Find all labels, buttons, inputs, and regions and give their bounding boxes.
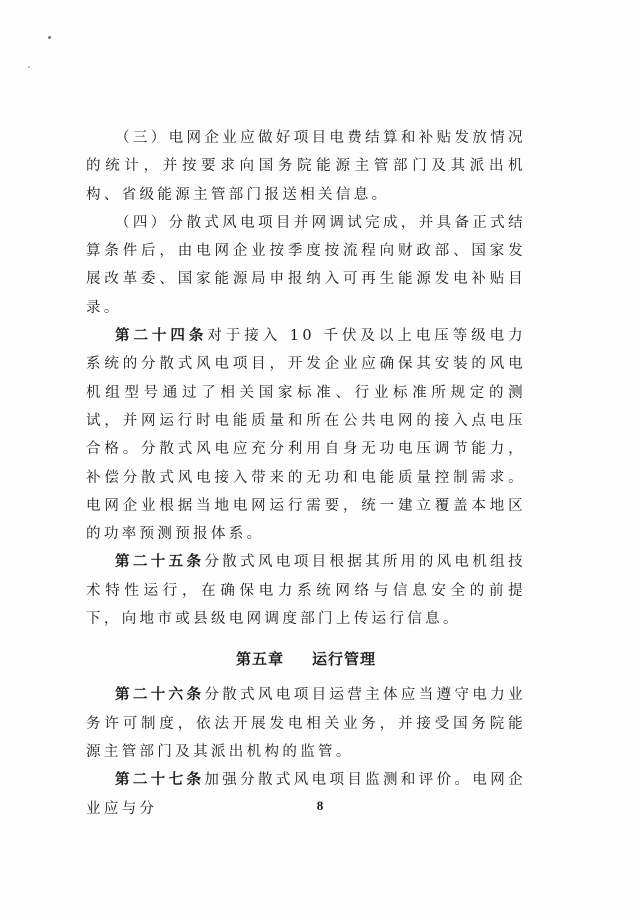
paragraph-text: （三）电网企业应做好项目电费结算和补贴发放情况的统计，并按要求向国务院能源主管部… xyxy=(86,130,526,203)
scan-speck xyxy=(28,66,30,68)
article-label: 第二十六条 xyxy=(115,686,204,703)
article-26: 第二十六条分散式风电项目运营主体应当遵守电力业务许可制度，依法开展发电相关业务，… xyxy=(86,681,526,766)
article-27: 第二十七条加强分散式风电项目监测和评价。电网企业应与分 xyxy=(86,766,526,823)
paragraph-text: （四）分散式风电项目并网调试完成，并具备正式结算条件后，由电网企业按季度按流程向… xyxy=(86,215,526,316)
chapter-heading: 第五章运行管理 xyxy=(86,645,526,673)
document-page: （三）电网企业应做好项目电费结算和补贴发放情况的统计，并按要求向国务院能源主管部… xyxy=(86,124,526,823)
article-24: 第二十四条对于接入 10 千伏及以上电压等级电力系统的分散式风电项目，开发企业应… xyxy=(86,322,526,548)
article-label: 第二十七条 xyxy=(115,771,204,788)
chapter-number: 第五章 xyxy=(236,650,284,668)
paragraph-item-3: （三）电网企业应做好项目电费结算和补贴发放情况的统计，并按要求向国务院能源主管部… xyxy=(86,124,526,209)
article-text: 对于接入 10 千伏及以上电压等级电力系统的分散式风电项目，开发企业应确保其安装… xyxy=(86,328,526,542)
chapter-title: 运行管理 xyxy=(312,650,376,668)
article-25: 第二十五条分散式风电项目根据其所用的风电机组技术特性运行，在确保电力系统网络与信… xyxy=(86,548,526,633)
paragraph-item-4: （四）分散式风电项目并网调试完成，并具备正式结算条件后，由电网企业按季度按流程向… xyxy=(86,209,526,322)
article-label: 第二十五条 xyxy=(115,553,204,570)
scan-speck xyxy=(48,36,51,39)
article-label: 第二十四条 xyxy=(115,327,207,344)
page-number: 8 xyxy=(0,798,640,814)
